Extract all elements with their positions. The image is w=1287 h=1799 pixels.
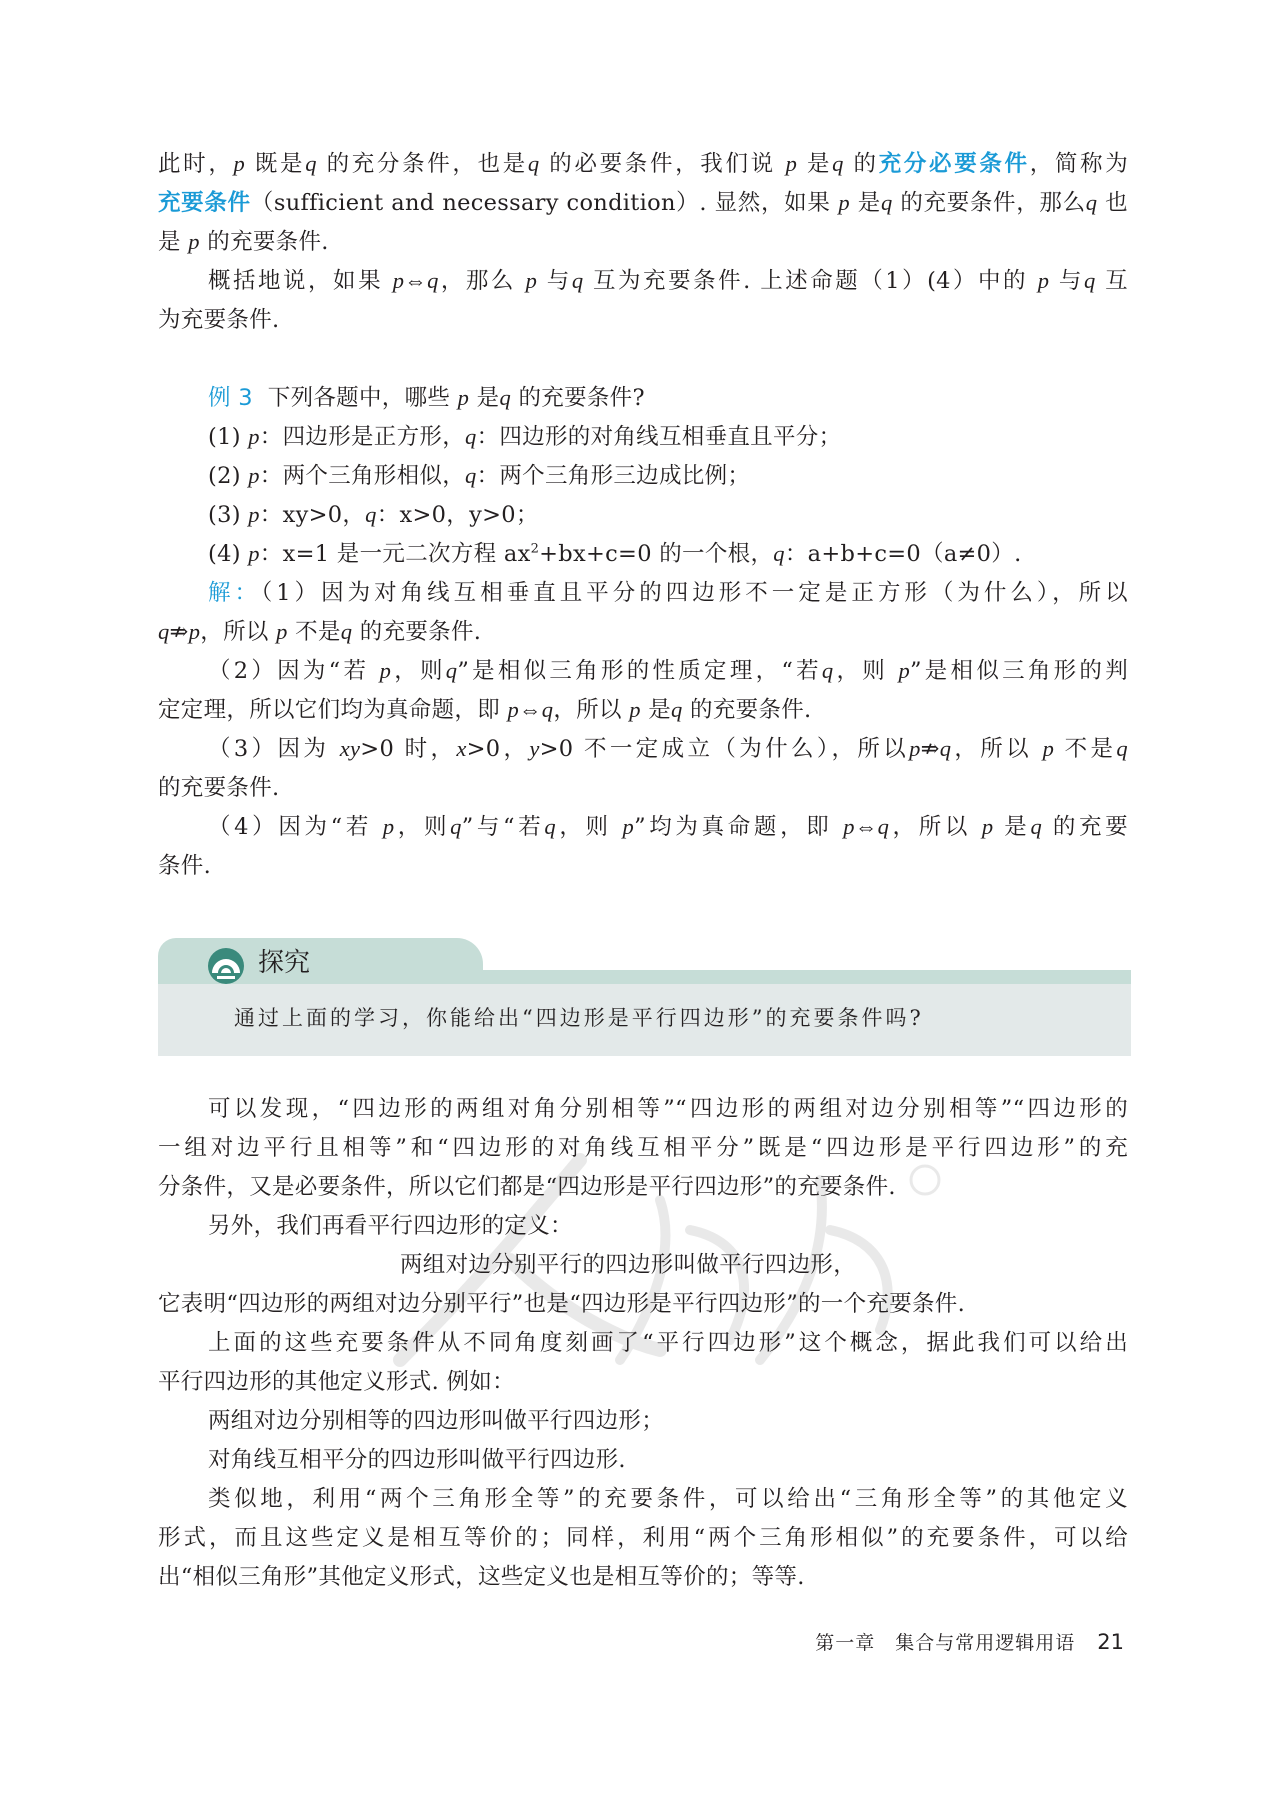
inquiry-question: 通过上面的学习，你能给出“四边形是平行四边形”的充要条件吗? bbox=[234, 1002, 924, 1034]
discussion-line-3: 分条件，又是必要条件，所以它们都是“四边形是平行四边形”的充要条件. bbox=[158, 1171, 1128, 1203]
chapter-title: 第一章 集合与常用逻辑用语 bbox=[815, 1632, 1075, 1654]
inquiry-title: 探究 bbox=[258, 945, 310, 981]
definition-quote: 两组对边分别平行的四边形叫做平行四边形， bbox=[400, 1249, 1287, 1281]
discussion-line-8: 平行四边形的其他定义形式. 例如： bbox=[158, 1366, 1128, 1398]
example3-question: 例 3 下列各题中，哪些 p 是q 的充要条件? bbox=[208, 382, 1178, 414]
solution-3-line1: （3）因为 xy>0 时，x>0，y>0 不一定成立（为什么），所以p⇏q，所以… bbox=[208, 733, 1128, 765]
alt-definition-2: 对角线互相平分的四边形叫做平行四边形. bbox=[208, 1444, 1178, 1476]
example3-item-4: (4) p：x=1 是一元二次方程 ax2+bx+c=0 的一个根，q：a+b+… bbox=[208, 538, 1178, 570]
solution-4-line2: 条件. bbox=[158, 850, 1128, 882]
discussion-line-13: 出“相似三角形”其他定义形式，这些定义也是相互等价的；等等. bbox=[158, 1561, 1128, 1593]
discussion-line-6: 它表明“四边形的两组对边分别平行”也是“四边形是平行四边形”的一个充要条件. bbox=[158, 1288, 1128, 1320]
para1-line3: 是 p 的充要条件. bbox=[158, 226, 1128, 258]
solution-1-line2: q⇏p，所以 p 不是q 的充要条件. bbox=[158, 616, 1128, 648]
term-sufficient-necessary: 充分必要条件 bbox=[879, 151, 1030, 177]
solution-2-line1: （2）因为“若 p，则q”是相似三角形的性质定理，“若q，则 p”是相似三角形的… bbox=[208, 655, 1128, 687]
textbook-page: 此时，p 既是q 的充分条件，也是q 的必要条件，我们说 p 是q 的充分必要条… bbox=[0, 0, 1287, 1799]
inquiry-body: 通过上面的学习，你能给出“四边形是平行四边形”的充要条件吗? bbox=[158, 984, 1131, 1056]
solution-2-line2: 定定理，所以它们均为真命题，即 p⇔q，所以 p 是q 的充要条件. bbox=[158, 694, 1128, 726]
para2-line2: 为充要条件. bbox=[158, 304, 1128, 336]
para1-line1: 此时，p 既是q 的充分条件，也是q 的必要条件，我们说 p 是q 的充分必要条… bbox=[158, 148, 1128, 180]
solution-1-line1: 解：（1）因为对角线互相垂直且平分的四边形不一定是正方形（为什么），所以 bbox=[208, 577, 1128, 609]
solution-4-line1: （4）因为“若 p，则q”与“若q，则 p”均为真命题，即 p⇔q，所以 p 是… bbox=[208, 811, 1128, 843]
discussion-line-4: 另外，我们再看平行四边形的定义： bbox=[208, 1210, 1178, 1242]
example3-item-1: (1) p：四边形是正方形，q：四边形的对角线互相垂直且平分； bbox=[208, 421, 1178, 453]
example3-item-2: (2) p：两个三角形相似，q：两个三角形三边成比例； bbox=[208, 460, 1178, 492]
page-number: 21 bbox=[1097, 1630, 1124, 1654]
solution-3-line2: 的充要条件. bbox=[158, 772, 1128, 804]
example3-item-3: (3) p：xy>0，q：x>0，y>0； bbox=[208, 499, 1178, 531]
solution-label: 解： bbox=[208, 580, 261, 606]
discussion-line-12: 形式，而且这些定义是相互等价的；同样，利用“两个三角形相似”的充要条件，可以给 bbox=[158, 1522, 1128, 1554]
example-label: 例 3 bbox=[208, 385, 253, 411]
inquiry-strip bbox=[458, 970, 1131, 984]
discussion-line-11: 类似地，利用“两个三角形全等”的充要条件，可以给出“三角形全等”的其他定义 bbox=[208, 1483, 1128, 1515]
discussion-line-7: 上面的这些充要条件从不同角度刻画了“平行四边形”这个概念，据此我们可以给出 bbox=[208, 1327, 1128, 1359]
inquiry-box: 通过上面的学习，你能给出“四边形是平行四边形”的充要条件吗? 探究 bbox=[158, 938, 1131, 1056]
alt-definition-1: 两组对边分别相等的四边形叫做平行四边形； bbox=[208, 1405, 1178, 1437]
discussion-line-1: 可以发现，“四边形的两组对角分别相等”“四边形的两组对边分别相等”“四边形的 bbox=[208, 1093, 1128, 1125]
inquiry-arch-icon bbox=[206, 946, 246, 986]
para2-line1: 概括地说，如果 p⇔q，那么 p 与q 互为充要条件. 上述命题（1）(4）中的… bbox=[208, 265, 1128, 297]
discussion-line-2: 一组对边平行且相等”和“四边形的对角线互相平分”既是“四边形是平行四边形”的充 bbox=[158, 1132, 1128, 1164]
term-short: 充要条件 bbox=[158, 190, 251, 216]
para1-line2: 充要条件（sufficient and necessary condition）… bbox=[158, 187, 1128, 219]
page-footer: 第一章 集合与常用逻辑用语21 bbox=[815, 1628, 1124, 1655]
